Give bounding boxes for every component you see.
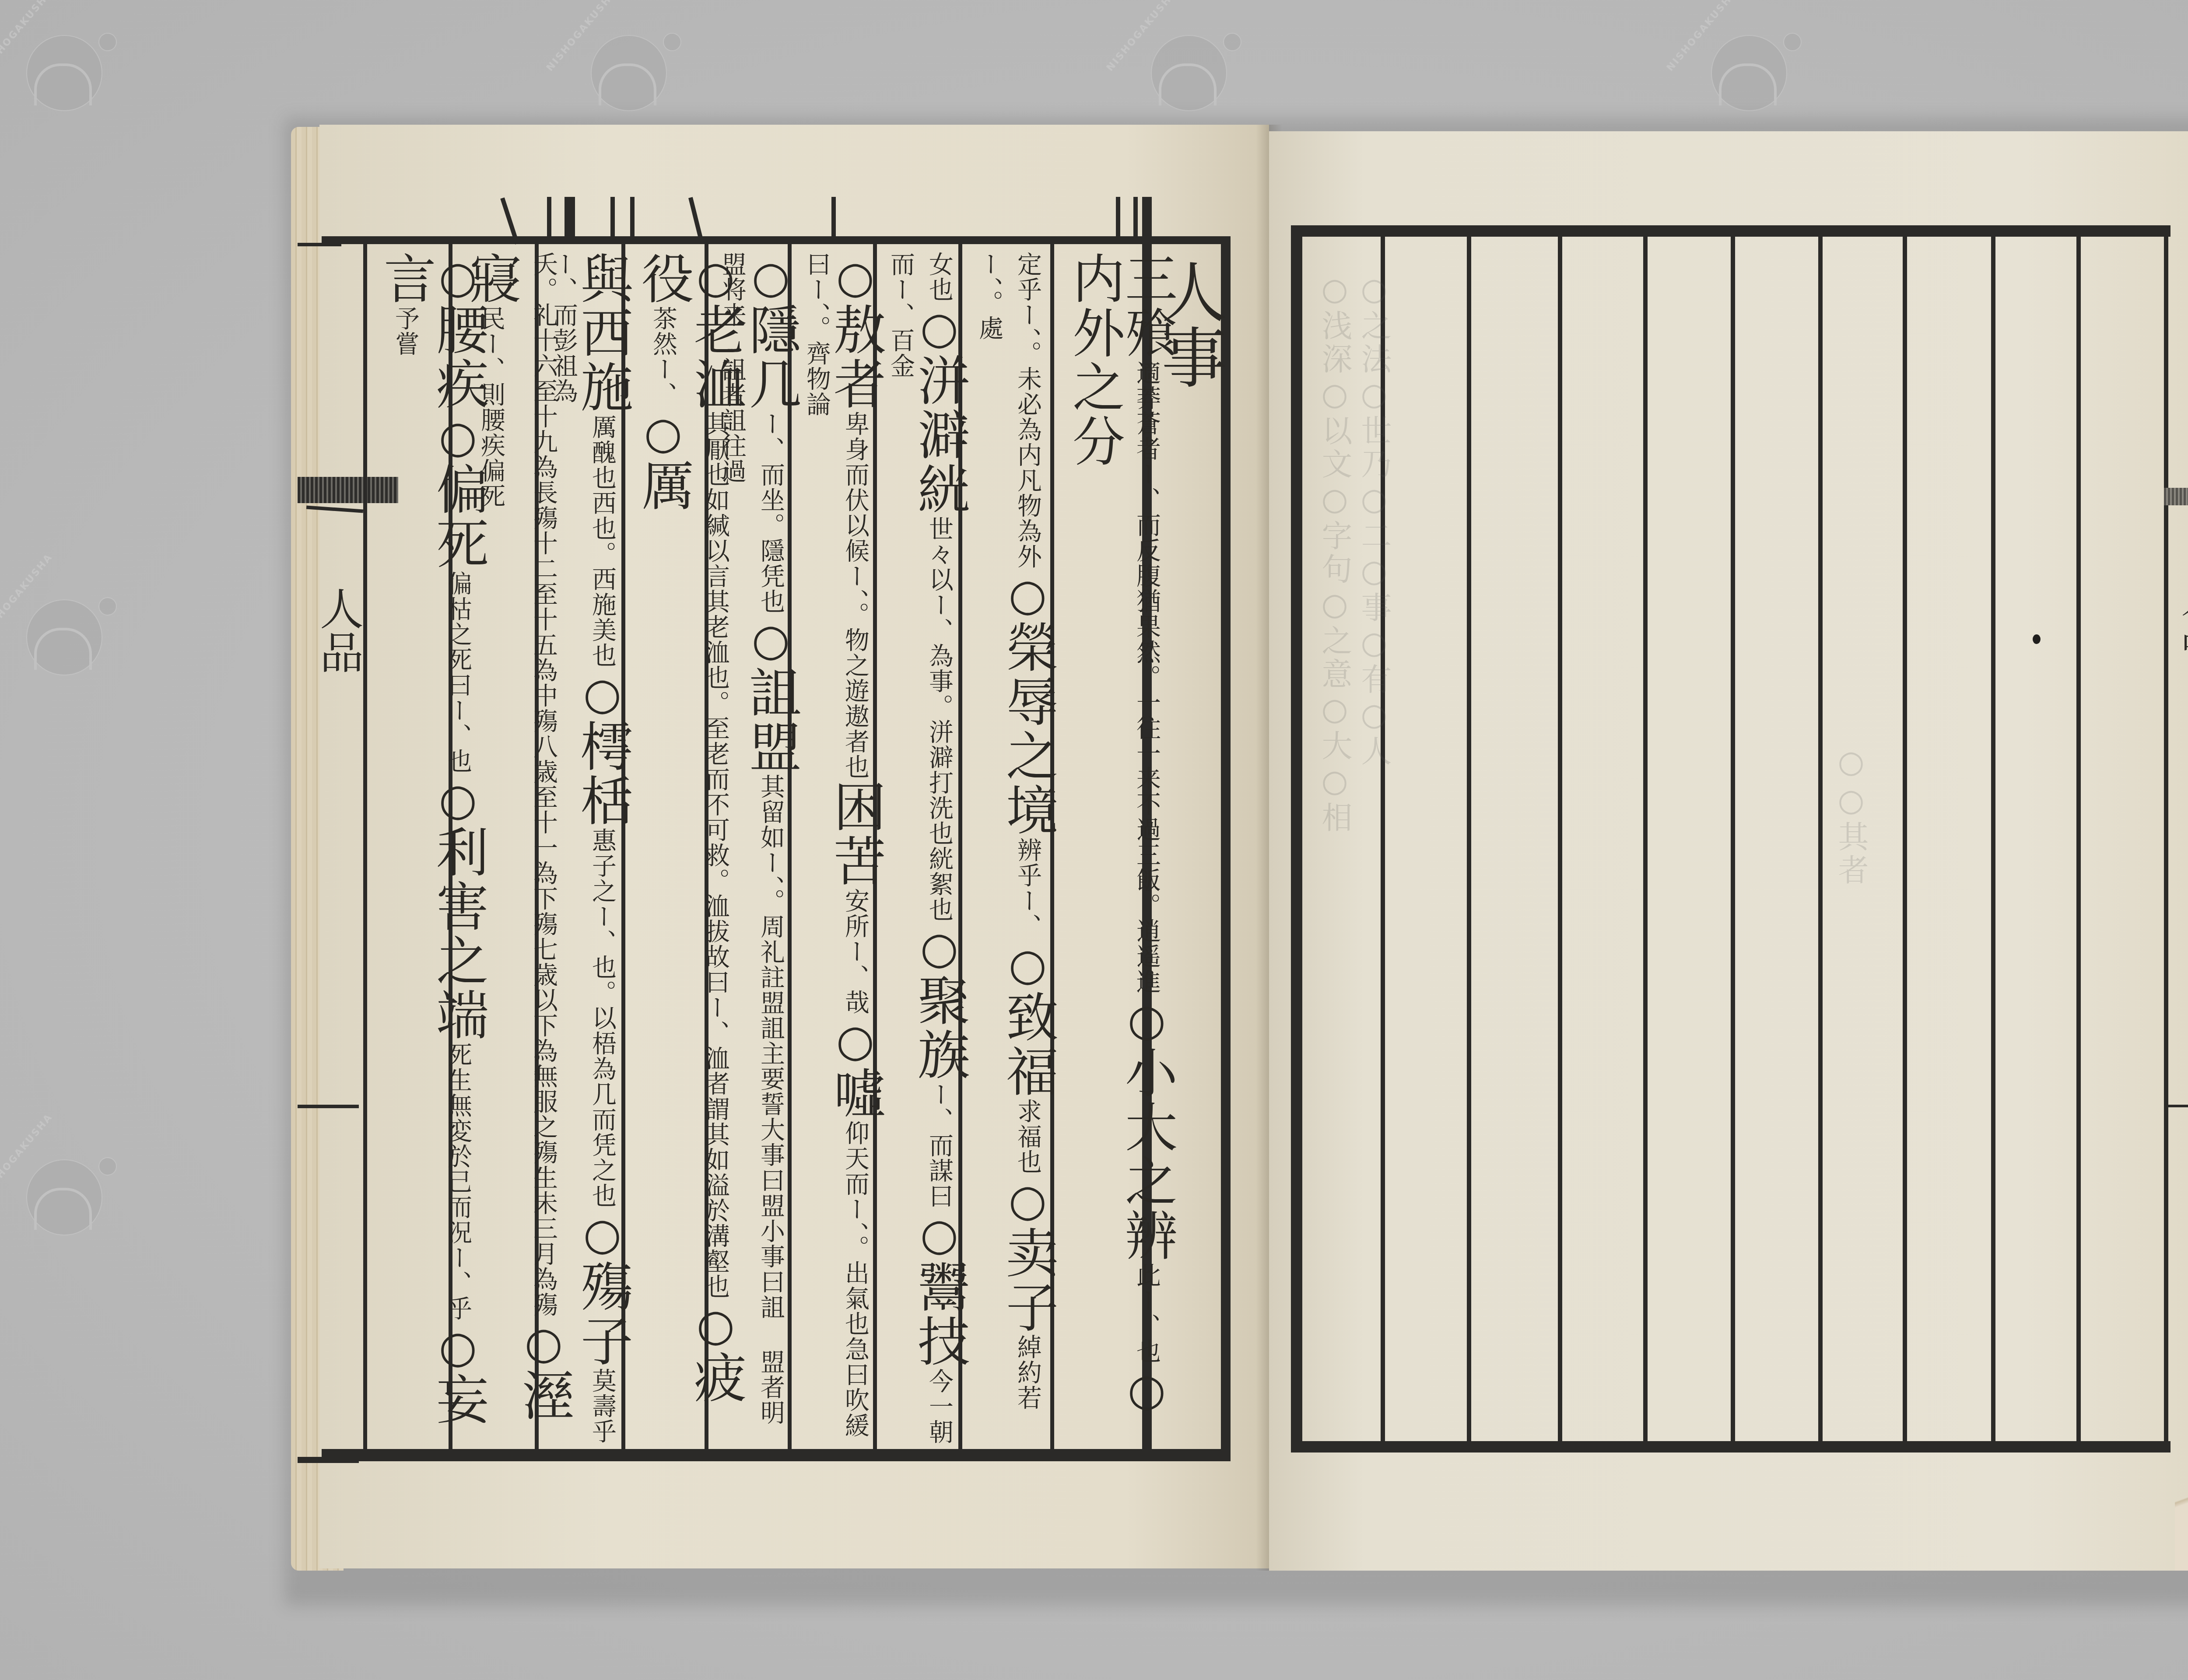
headword: 三飱 (1116, 252, 1177, 360)
column-rule (1991, 227, 1995, 1444)
annotation: 定乎ー、。未必為内凡物為外 (1013, 252, 1042, 569)
column-rule (2164, 227, 2168, 1444)
entry-circle-marker: ○ (1121, 994, 1172, 1046)
entry-circle-marker: ○ (577, 668, 628, 719)
folded-page-corner (2175, 1426, 2188, 1571)
entry-circle-marker: ○ (1002, 939, 1053, 990)
annotation: 予嘗 (391, 306, 420, 357)
annotation: 卑身而伏以候ー、。物之遊遨者也 (841, 411, 870, 780)
watermark-logo-icon: NISHOGAKUSHA (573, 9, 678, 114)
annotation: 夭。礼十六至十九為長殤十二至十五為中殤八歳至十一為下殤七歳以下為無服之殤生未三月… (529, 252, 558, 1317)
annotation: 求福也 (1013, 1099, 1042, 1175)
headword: 洴澼絖 (909, 353, 970, 516)
headword: 隱几 (740, 303, 801, 411)
annotation: 世々以ー、為事。洴澼打洗也絖絮也 (925, 516, 954, 922)
column-rule (1731, 227, 1735, 1444)
annotation: 其厭也如緘以言其老洫也。至老而不可救。洫拔故曰ー、洫者謂其如溢於溝壑也 (701, 411, 730, 1299)
show-through-text: ○之法○世乃○二○事○有○人 (1352, 271, 1396, 1409)
headword: 聚族 (909, 973, 970, 1082)
annotation: 安所ー、哉 (841, 888, 870, 1015)
annotation: 女也 (925, 252, 954, 302)
entry-circle-marker: ○ (638, 407, 689, 458)
column-rule (1903, 227, 1907, 1444)
column-rule (1558, 227, 1562, 1444)
entry-circle-marker: ○ (914, 1209, 965, 1260)
headword: 利害之端 (428, 825, 488, 1042)
left-edge-rule (298, 1105, 359, 1108)
entry-circle-marker: ○ (745, 252, 796, 303)
headword: 偏死 (428, 462, 488, 571)
column-rule (1467, 227, 1471, 1444)
column-rule (2076, 227, 2081, 1444)
text-column: ○老洫其厭也如緘以言其老洫也。至老而不可救。洫拔故曰ー、洫者謂其如溢於溝壑也○疲… (637, 252, 742, 1450)
headword: 樗栝 (572, 719, 633, 828)
watermark-logo-icon: NISHOGAKUSHA (9, 1133, 114, 1238)
headword: 厲 (633, 458, 694, 513)
annotation: 茶然ー、 (649, 306, 677, 407)
annotation: 此ー、也 (1133, 1263, 1161, 1364)
annotation: ー、而謀曰 (925, 1082, 954, 1209)
headword: 敖者 (825, 303, 886, 411)
entry-circle-marker: ○ (1002, 569, 1053, 620)
text-column: 女也○洴澼絖世々以ー、為事。洴澼打洗也絖絮也○聚族ー、而謀曰○鬻技今一朝而ー、百… (888, 252, 965, 1450)
left-edge-label: 人品 (306, 586, 369, 674)
headword: 老洫 (685, 303, 746, 411)
entry-circle-marker: ○ (432, 411, 484, 462)
entry-circle-marker: ○ (914, 302, 965, 353)
headword: 小大之辨 (1116, 1046, 1177, 1263)
headword: 殤子 (572, 1260, 633, 1368)
headword: 致福 (997, 990, 1058, 1099)
annotation: 適莽蒼者ー、而反腹猶果然。一往一来不過三飯。逍遥進 (1133, 360, 1161, 994)
headword: 腰疾 (428, 303, 488, 411)
ink-spot (2033, 634, 2041, 644)
entry-circle-marker: ○ (432, 252, 484, 303)
watermark-logo-icon: NISHOGAKUSHA (9, 9, 114, 114)
left-edge-rule (298, 243, 341, 246)
annotation: 死生無変於己而況ー、乎 (444, 1042, 472, 1321)
entry-circle-marker: ○ (1121, 1364, 1172, 1415)
watermark-logo-icon: NISHOGAKUSHA (9, 573, 114, 678)
entry-circle-marker: ○ (690, 252, 741, 303)
entry-circle-marker: ○ (518, 1317, 569, 1368)
right-edge-section-band (2164, 488, 2188, 505)
entry-circle-marker: ○ (432, 774, 484, 825)
entry-circle-marker: ○ (690, 1299, 741, 1351)
annotation: 偏枯之死曰ー、也 (444, 571, 472, 774)
left-frame-right-border (1221, 236, 1231, 1461)
headword: 噓 (825, 1066, 886, 1120)
headword: 卖子 (997, 1226, 1058, 1334)
annotation: ー、而坐。隱凭也 (757, 411, 785, 614)
headword: 榮辱之境 (997, 620, 1058, 837)
watermark-logo-icon: NISHOGAKUSHA (1694, 9, 1799, 114)
text-column: 定乎ー、。未必為内凡物為外○榮辱之境辨乎ー、○致福求福也○卖子綽約若ー、。處 (977, 252, 1054, 1450)
column-rule (1643, 227, 1648, 1444)
left-edge-rule (298, 1457, 359, 1463)
entry-circle-marker: ○ (745, 614, 796, 665)
text-column: 三飱適莽蒼者ー、而反腹猶果然。一往一来不過三飯。逍遥進○小大之辨此ー、也○内外之… (1068, 252, 1173, 1450)
annotation: 辨乎ー、 (1013, 837, 1042, 939)
right-edge-rule (2164, 1105, 2188, 1107)
show-through-text: ○浅深○以文○字句○之意○大○相 (1313, 271, 1357, 1409)
text-column: ○敖者卑身而伏以候ー、。物之遊遨者也困苦安所ー、哉○噓仰天而ー、。出氣也急曰吹緩… (804, 252, 881, 1450)
text-column: ○腰疾○偏死偏枯之死曰ー、也○利害之端死生無変於己而況ー、乎○妄言予嘗 (379, 252, 484, 1450)
headword: 與西施 (572, 252, 633, 414)
entry-circle-marker: ○ (1002, 1175, 1053, 1226)
column-rule (1818, 227, 1823, 1444)
headword: 詛盟 (740, 665, 801, 774)
annotation: 厲醜也西也。西施美也 (588, 414, 617, 668)
annotation: 惠子之ー、也。以梧為几而凭之也 (588, 828, 617, 1208)
entry-circle-marker: ○ (830, 252, 881, 303)
column-rule (363, 240, 367, 1452)
right-edge-label: 人品 (2170, 582, 2188, 652)
watermark-logo-icon: NISHOGAKUSHA (1133, 9, 1238, 114)
headword: 鬻技 (909, 1260, 970, 1368)
show-through-text: ○○其者 (1829, 744, 1873, 1312)
entry-circle-marker: ○ (432, 1321, 484, 1372)
entry-circle-marker: ○ (830, 1015, 881, 1066)
entry-circle-marker: ○ (914, 922, 965, 973)
headword: 内外之分 (1064, 252, 1125, 469)
entry-circle-marker: ○ (577, 1208, 628, 1260)
headword: 困苦 (825, 780, 886, 888)
